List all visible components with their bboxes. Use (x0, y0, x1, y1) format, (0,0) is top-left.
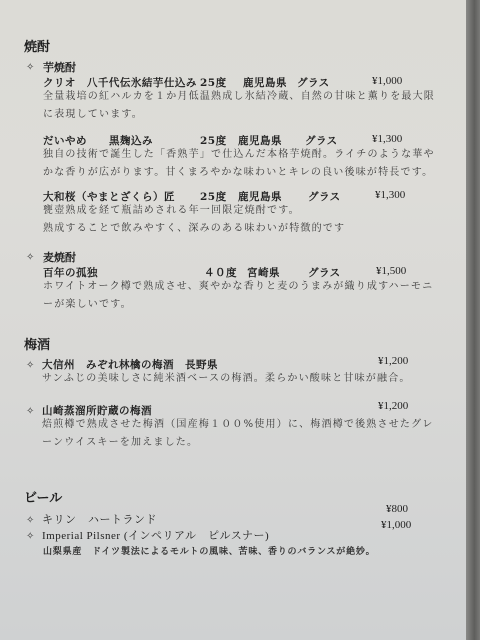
item-name: キリン ハートランド (42, 511, 157, 527)
item-price: ¥1,000 (381, 519, 411, 531)
bullet-icon: ✧ (26, 531, 34, 542)
section-title-shochu: 焼酎 (24, 36, 50, 55)
bullet-icon: ✧ (26, 62, 34, 73)
item-price: ¥1,000 (372, 75, 402, 87)
item-price: ¥1,300 (372, 133, 402, 145)
section-title-umeshu: 梅酒 (24, 334, 50, 353)
item-desc-line: ーンウイスキーを加えました。 (42, 434, 198, 452)
bullet-icon: ✧ (26, 515, 34, 526)
item-desc-line: サンふじの美味しさに純米酒ベースの梅酒。柔らかい酸味と甘味が融合。 (42, 370, 411, 388)
section-title-beer: ビール (24, 487, 62, 506)
item-price: ¥1,200 (378, 355, 408, 367)
item-serving: グラス (308, 189, 341, 204)
item-desc-line: ーが楽しいです。 (43, 296, 132, 314)
subsection-title-imo: 芋焼酎 (43, 59, 76, 75)
item-desc-line: 甕壺熟成を経て瓶詰めされる年一回限定焼酎です。 (43, 202, 300, 220)
subsection-title-mugi: 麦焼酎 (43, 249, 76, 265)
item-desc-line: 熟成することで飲みやすく、深みのある味わいが特徴的です (43, 220, 345, 238)
menu-page: 焼酎 ✧ 芋焼酎 クリオ 八千代伝氷結芋仕込み 25度 鹿児島県 グラス ¥1,… (0, 0, 466, 640)
item-desc-line: 山梨県産 ドイツ製法によるモルトの風味、苦味、香りのバランスが絶妙。 (43, 544, 375, 557)
item-price: ¥1,300 (375, 189, 405, 201)
item-name: Imperial Pilsner (インペリアル ピルスナー) (42, 527, 269, 543)
bullet-icon: ✧ (26, 406, 34, 417)
item-desc-line: かな香りが広がります。甘くまろやかな味わいとキレの良い後味が特長です。 (43, 164, 433, 182)
item-desc-line: に表現しています。 (43, 106, 143, 124)
item-price: ¥1,500 (376, 265, 406, 277)
page-edge-shadow (466, 0, 480, 640)
item-desc-line: 焙煎樽で熟成させた梅酒（国産梅１００%使用）に、梅酒樽で後熟させたグレ (42, 416, 434, 434)
bullet-icon: ✧ (26, 360, 34, 371)
item-desc-line: ホワイトオーク樽で熟成させ、爽やかな香りと麦のうまみが織り成すハーモニ (43, 278, 433, 296)
bullet-icon: ✧ (26, 252, 34, 263)
item-price: ¥800 (386, 503, 408, 515)
item-desc-line: 全量栽培の紅ハルカを１か月低温熟成し氷結冷蔵、自然の甘味と薫りを最大限 (43, 88, 435, 106)
item-desc-line: 独自の技術で誕生した「香熟芋」で仕込んだ本格芋焼酎。ライチのような華や (43, 146, 435, 164)
item-price: ¥1,200 (378, 400, 408, 412)
